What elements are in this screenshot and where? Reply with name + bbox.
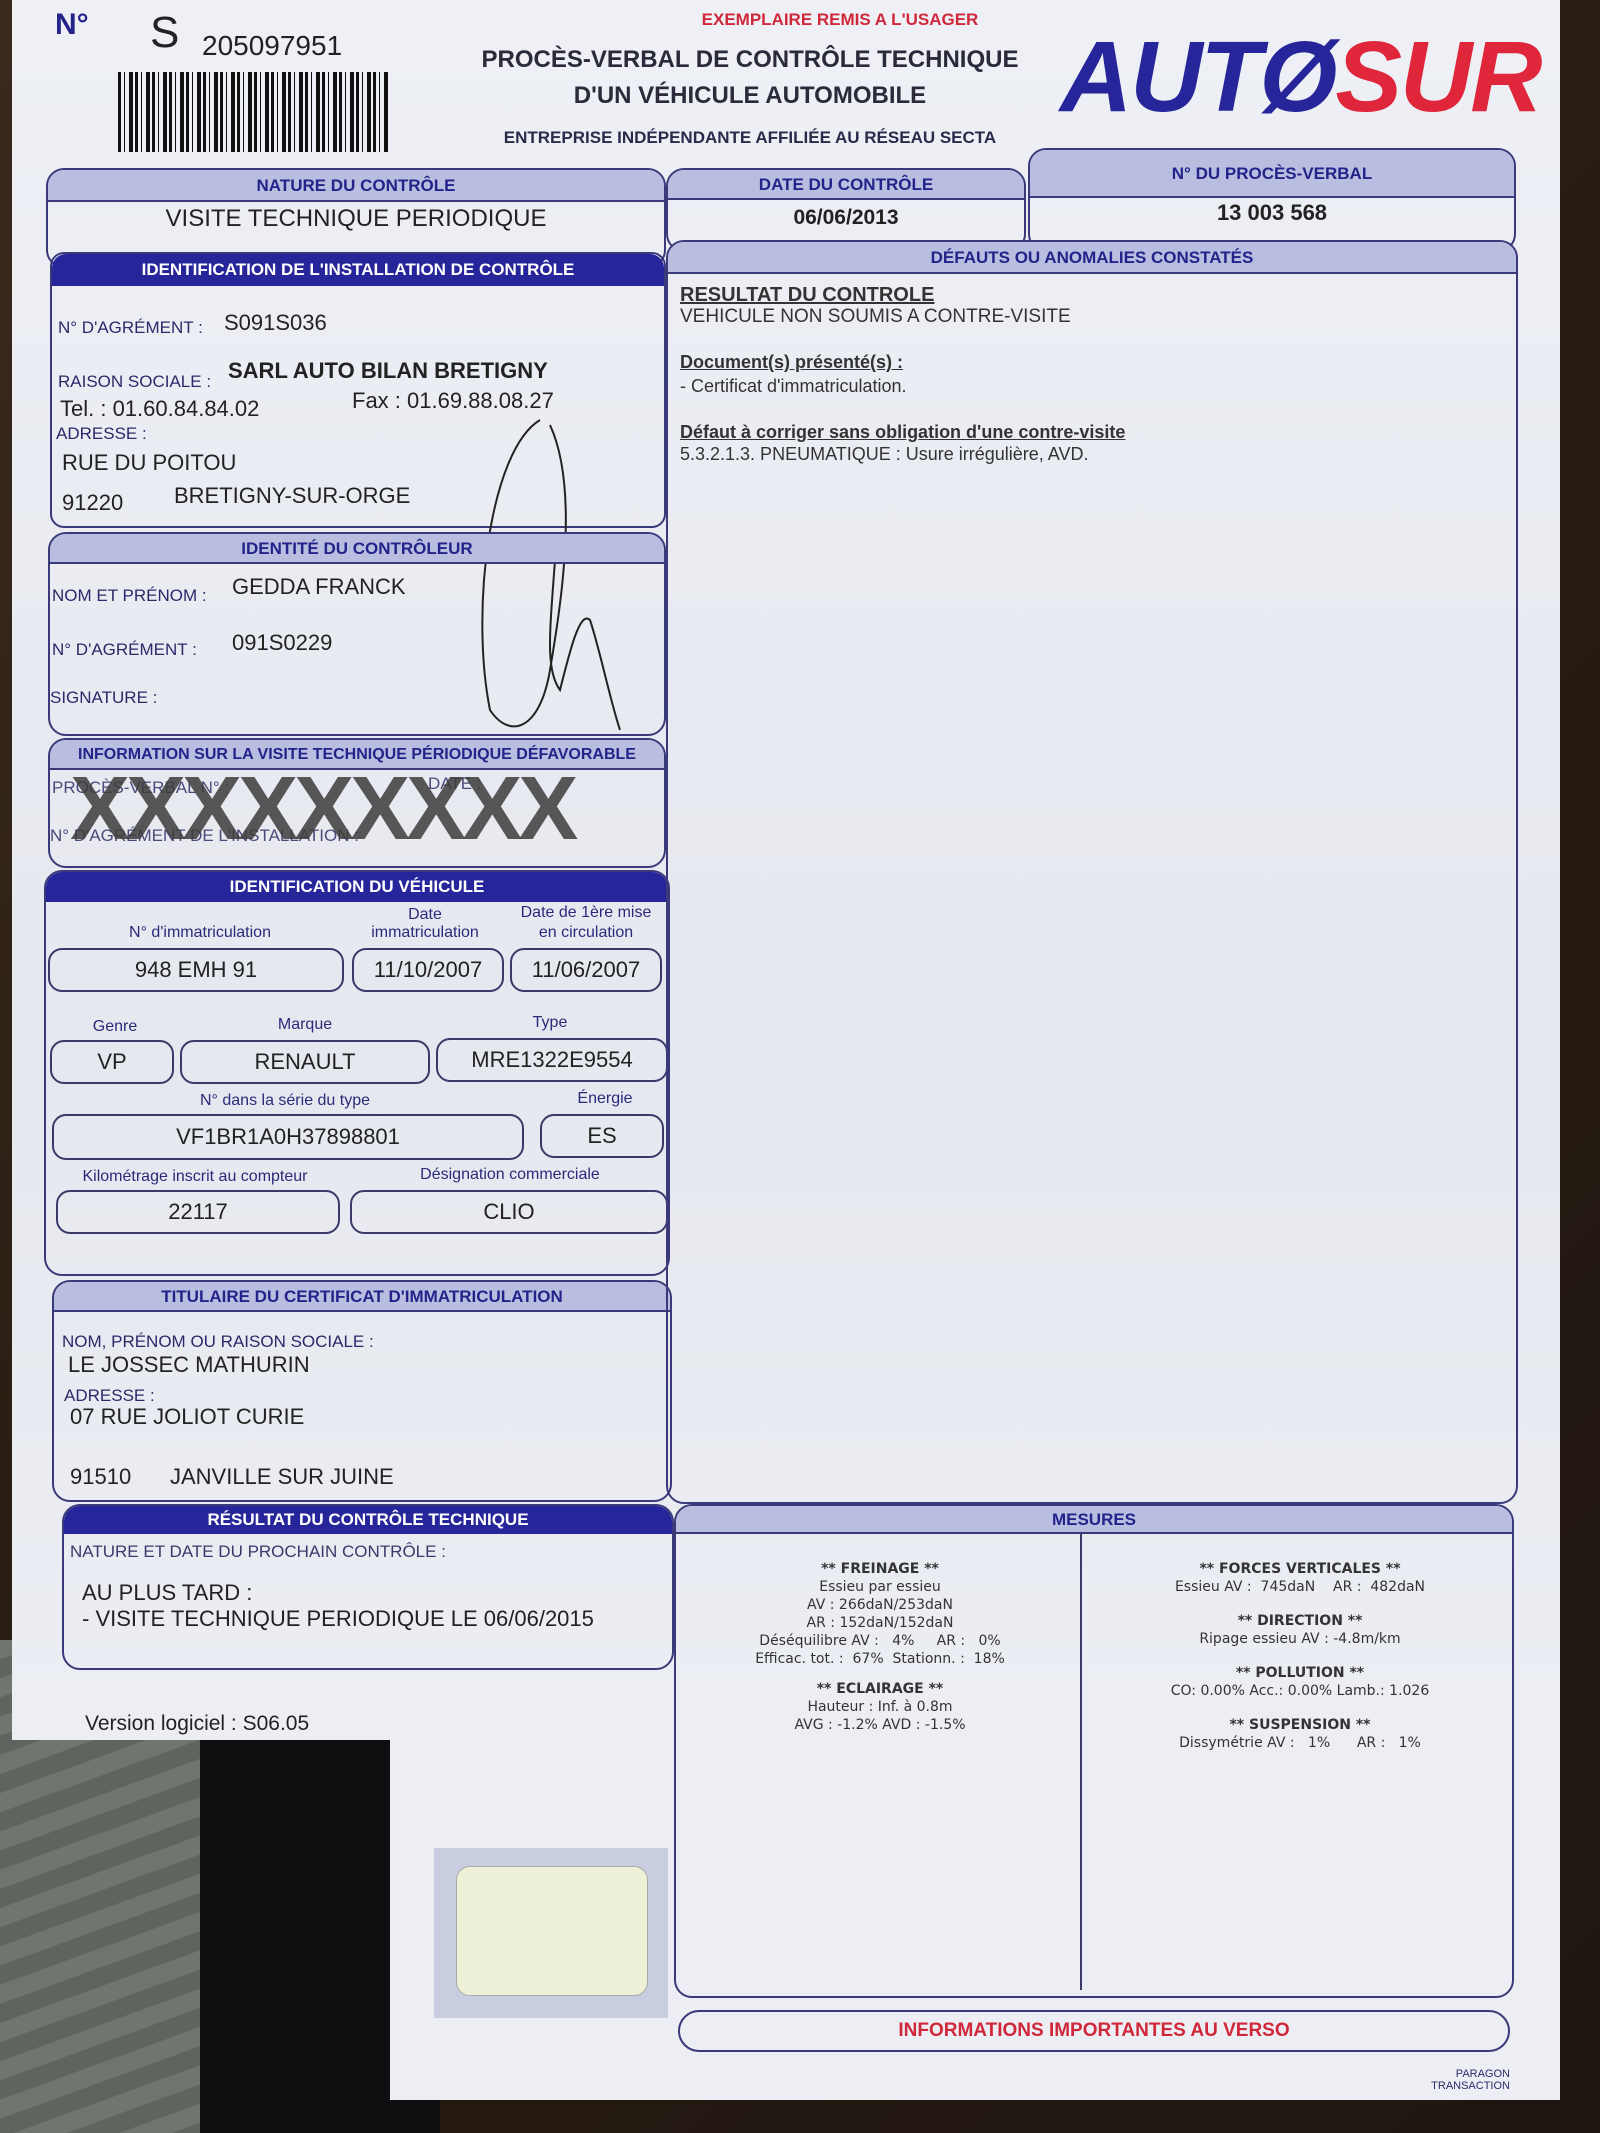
software-version: Version logiciel : S06.05 xyxy=(85,1712,309,1736)
suspension-heading: ** SUSPENSION ** xyxy=(1229,1717,1370,1733)
freinage-heading: ** FREINAGE ** xyxy=(821,1561,939,1577)
logo-text-blue: AUT xyxy=(1060,21,1260,133)
document-title-line1: PROCÈS-VERBAL DE CONTRÔLE TECHNIQUE xyxy=(460,46,1040,74)
controleur-agrement-value: 091S0229 xyxy=(232,630,332,656)
verso-note: INFORMATIONS IMPORTANTES AU VERSO xyxy=(678,2020,1510,2042)
installation-address-label: ADRESSE : xyxy=(56,424,147,444)
controleur-header: IDENTITÉ DU CONTRÔLEUR xyxy=(50,534,664,564)
serial-prefix: S xyxy=(150,8,179,58)
freinage-line: Déséquilibre AV : 4% AR : 0% xyxy=(690,1632,1070,1650)
resultat-value: VEHICULE NON SOUMIS A CONTRE-VISITE xyxy=(680,306,1071,328)
nature-header: NATURE DU CONTRÔLE xyxy=(48,170,664,202)
defauts-header: DÉFAUTS OU ANOMALIES CONSTATÉS xyxy=(668,242,1516,274)
date-immat-value: 11/10/2007 xyxy=(352,948,504,992)
titulaire-name-value: LE JOSSEC MATHURIN xyxy=(68,1352,310,1378)
barcode xyxy=(118,72,388,152)
suspension-line: Dissymétrie AV : 1% AR : 1% xyxy=(1090,1734,1510,1752)
mesures-right-section: ** FORCES VERTICALES ** Essieu AV : 745d… xyxy=(1090,1560,1510,1752)
freinage-line: Essieu par essieu xyxy=(690,1578,1070,1596)
pollution-heading: ** POLLUTION ** xyxy=(1236,1665,1364,1681)
prochain-line2: - VISITE TECHNIQUE PERIODIQUE LE 06/06/2… xyxy=(82,1606,594,1632)
signature-label: SIGNATURE : xyxy=(50,688,157,708)
printer-credit: PARAGON TRANSACTION xyxy=(1380,2068,1510,2092)
date-header: DATE DU CONTRÔLE xyxy=(668,170,1024,200)
designation-label: Désignation commerciale xyxy=(400,1166,620,1184)
pollution-line: CO: 0.00% Acc.: 0.00% Lamb.: 1.026 xyxy=(1090,1682,1510,1700)
date-mec-label-1: Date de 1ère mise xyxy=(506,904,666,922)
km-value: 22117 xyxy=(56,1190,340,1234)
pv-header: N° DU PROCÈS-VERBAL xyxy=(1030,150,1514,198)
titulaire-address-label: ADRESSE : xyxy=(64,1386,155,1406)
date-immat-label-1: Date xyxy=(350,906,500,924)
redaction-mark: XXXXXXXXX xyxy=(70,758,574,861)
titulaire-street: 07 RUE JOLIOT CURIE xyxy=(70,1404,304,1430)
date-immat-label-2: immatriculation xyxy=(350,924,500,942)
installation-street: RUE DU POITOU xyxy=(62,450,236,476)
resultat-header: RÉSULTAT DU CONTRÔLE TECHNIQUE xyxy=(64,1506,672,1534)
energie-value: ES xyxy=(540,1114,664,1158)
date-value: 06/06/2013 xyxy=(668,206,1024,230)
date-mec-label-2: en circulation xyxy=(506,924,666,942)
eclairage-line: AVG : -1.2% AVD : -1.5% xyxy=(690,1716,1070,1734)
direction-heading: ** DIRECTION ** xyxy=(1238,1613,1363,1629)
prochain-controle-label: NATURE ET DATE DU PROCHAIN CONTRÔLE : xyxy=(70,1542,446,1562)
nature-value: VISITE TECHNIQUE PERIODIQUE xyxy=(48,205,664,233)
type-label: Type xyxy=(480,1014,620,1032)
controleur-agrement-label: N° D'AGRÉMENT : xyxy=(52,640,197,660)
autosur-logo: AUTØSUR xyxy=(1060,20,1540,135)
controleur-name-value: GEDDA FRANCK xyxy=(232,574,406,600)
prochain-line1: AU PLUS TARD : xyxy=(82,1580,252,1606)
documents-value: - Certificat d'immatriculation. xyxy=(680,376,907,397)
mesures-header: MESURES xyxy=(676,1506,1512,1534)
logo-o-icon: Ø xyxy=(1260,21,1336,133)
immat-label: N° d'immatriculation xyxy=(60,924,340,942)
copy-note: EXEMPLAIRE REMIS A L'USAGER xyxy=(560,10,1120,30)
mesures-divider xyxy=(1080,1534,1082,1990)
document-title-line2: D'UN VÉHICULE AUTOMOBILE xyxy=(460,82,1040,110)
installation-agrement-label: N° D'AGRÉMENT : xyxy=(58,318,203,338)
raison-sociale-value: SARL AUTO BILAN BRETIGNY xyxy=(228,358,548,384)
pv-value: 13 003 568 xyxy=(1030,200,1514,226)
sticker-window xyxy=(456,1866,648,1996)
vehicule-header: IDENTIFICATION DU VÉHICULE xyxy=(46,872,668,902)
number-label: N° xyxy=(55,8,89,42)
installation-header: IDENTIFICATION DE L'INSTALLATION DE CONT… xyxy=(52,254,664,286)
logo-text-red: SUR xyxy=(1335,21,1540,133)
forces-line: Essieu AV : 745daN AR : 482daN xyxy=(1090,1578,1510,1596)
marque-label: Marque xyxy=(220,1016,390,1034)
resultat-heading: RESULTAT DU CONTROLE xyxy=(680,284,934,306)
installation-city: BRETIGNY-SUR-ORGE xyxy=(174,483,410,509)
direction-line: Ripage essieu AV : -4.8m/km xyxy=(1090,1630,1510,1648)
designation-value: CLIO xyxy=(350,1190,668,1234)
titulaire-postcode: 91510 xyxy=(70,1464,131,1490)
freinage-line: AR : 152daN/152daN xyxy=(690,1614,1070,1632)
titulaire-name-label: NOM, PRÉNOM OU RAISON SOCIALE : xyxy=(62,1332,374,1352)
eclairage-heading: ** ECLAIRAGE ** xyxy=(817,1681,944,1697)
forces-heading: ** FORCES VERTICALES ** xyxy=(1199,1561,1400,1577)
document-subtitle: ENTREPRISE INDÉPENDANTE AFFILIÉE AU RÉSE… xyxy=(460,128,1040,148)
genre-label: Genre xyxy=(60,1018,170,1036)
marque-value: RENAULT xyxy=(180,1040,430,1084)
immat-value: 948 EMH 91 xyxy=(48,948,344,992)
type-value: MRE1322E9554 xyxy=(436,1038,668,1082)
eclairage-line: Hauteur : Inf. à 0.8m xyxy=(690,1698,1070,1716)
installation-postcode: 91220 xyxy=(62,490,123,516)
defaut-heading: Défaut à corriger sans obligation d'une … xyxy=(680,422,1125,442)
km-label: Kilométrage inscrit au compteur xyxy=(60,1168,330,1186)
titulaire-header: TITULAIRE DU CERTIFICAT D'IMMATRICULATIO… xyxy=(54,1282,670,1312)
raison-sociale-label: RAISON SOCIALE : xyxy=(58,372,211,392)
freinage-line: Efficac. tot. : 67% Stationn. : 18% xyxy=(690,1650,1070,1668)
freinage-section: ** FREINAGE ** Essieu par essieu AV : 26… xyxy=(690,1560,1070,1734)
date-mec-value: 11/06/2007 xyxy=(510,948,662,992)
serie-value: VF1BR1A0H37898801 xyxy=(52,1114,524,1160)
documents-heading: Document(s) présenté(s) : xyxy=(680,352,903,372)
installation-phone: Tel. : 01.60.84.84.02 xyxy=(60,396,259,422)
freinage-line: AV : 266daN/253daN xyxy=(690,1596,1070,1614)
serie-label: N° dans la série du type xyxy=(150,1092,420,1110)
controleur-name-label: NOM ET PRÉNOM : xyxy=(52,586,207,606)
installation-agrement-value: S091S036 xyxy=(224,310,327,336)
serial-number: 205097951 xyxy=(202,30,342,62)
energie-label: Énergie xyxy=(560,1090,650,1108)
defaut-value: 5.3.2.1.3. PNEUMATIQUE : Usure irréguliè… xyxy=(680,444,1088,465)
genre-value: VP xyxy=(50,1040,174,1084)
titulaire-city: JANVILLE SUR JUINE xyxy=(170,1464,394,1490)
